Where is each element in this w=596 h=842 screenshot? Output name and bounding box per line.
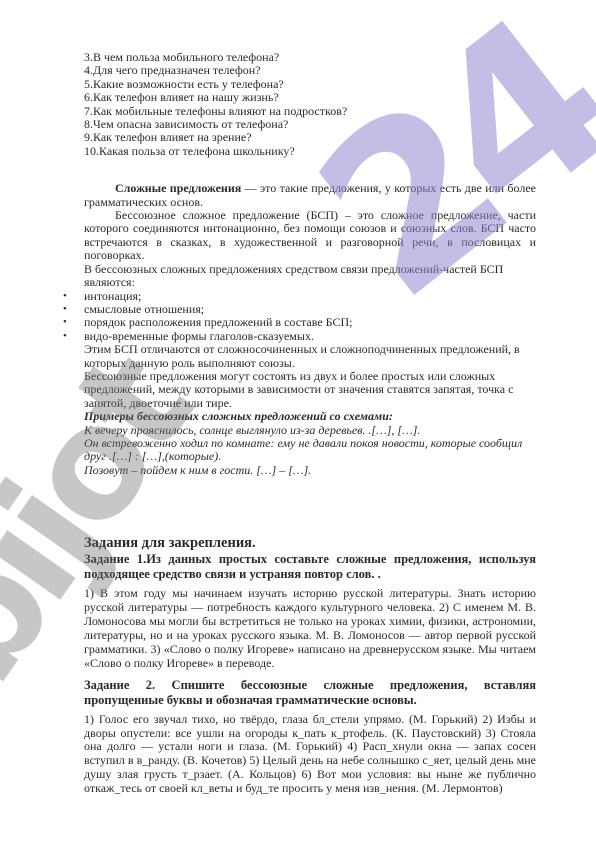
task2-text: 1) Голос его звучал тихо, но твёрдо, гла… bbox=[84, 713, 536, 796]
theory-difference: Этим БСП отличаются от сложносочиненных … bbox=[84, 343, 536, 370]
bsp-means-list: интонация;смысловые отношения;порядок ра… bbox=[84, 290, 536, 344]
example-sentence: Он встревоженно ходил по комнате: ему не… bbox=[84, 437, 536, 464]
task2-heading: Задание 2. Спишите бессоюзные сложные пр… bbox=[84, 678, 536, 708]
bsp-means-item: порядок расположения предложений в соста… bbox=[84, 316, 536, 329]
examples-list: К вечеру прояснилось, солнце выглянуло и… bbox=[84, 424, 536, 478]
theory-definition-complex: Сложные предложения — это такие предложе… bbox=[84, 182, 536, 209]
question-item: 6.Как телефон влияет на нашу жизнь? bbox=[84, 91, 536, 104]
bsp-means-item: видо-временные формы глаголов-сказуемых. bbox=[84, 330, 536, 343]
examples-heading: Примеры бессоюзных сложных предложений с… bbox=[84, 410, 536, 423]
theory-means-intro: В бессоюзных сложных предложениях средст… bbox=[84, 263, 536, 290]
bsp-means-item: интонация; bbox=[84, 290, 536, 303]
task1-heading: Задание 1.Из данных простых составьте сл… bbox=[84, 552, 536, 582]
question-item: 5.Какие возможности есть у телефона? bbox=[84, 78, 536, 91]
example-sentence: К вечеру прояснилось, солнце выглянуло и… bbox=[84, 424, 536, 437]
question-item: 3.В чем польза мобильного телефона? bbox=[84, 51, 536, 64]
document-content: 3.В чем польза мобильного телефона?4.Для… bbox=[84, 51, 536, 803]
question-list: 3.В чем польза мобильного телефона?4.Для… bbox=[84, 51, 536, 158]
question-item: 9.Как телефон влияет на зрение? bbox=[84, 131, 536, 144]
vertical-spacer bbox=[84, 477, 536, 535]
theory-definition-complex-term: Сложные предложения bbox=[115, 181, 241, 195]
question-item: 8.Чем опасна зависимость от телефона? bbox=[84, 118, 536, 131]
theory-definition-bsp: Бессоюзное сложное предложение (БСП) – э… bbox=[84, 209, 536, 263]
example-sentence: Позовут – пойдем к ним в гости. […] – […… bbox=[84, 464, 536, 477]
question-item: 10.Какая польза от телефона школьнику? bbox=[84, 145, 536, 158]
question-item: 4.Для чего предназначен телефон? bbox=[84, 64, 536, 77]
document-page: 3.В чем польза мобильного телефона?4.Для… bbox=[0, 0, 596, 842]
tasks-section-title: Задания для закрепления. bbox=[84, 535, 536, 552]
question-item: 7.Как мобильные телефоны влияют на подро… bbox=[84, 105, 536, 118]
bsp-means-item: смысловые отношения; bbox=[84, 303, 536, 316]
theory-composition: Бессоюзные предложения могут состоять из… bbox=[84, 370, 536, 410]
task1-text: 1) В этом году мы начинаем изучать истор… bbox=[84, 587, 536, 670]
